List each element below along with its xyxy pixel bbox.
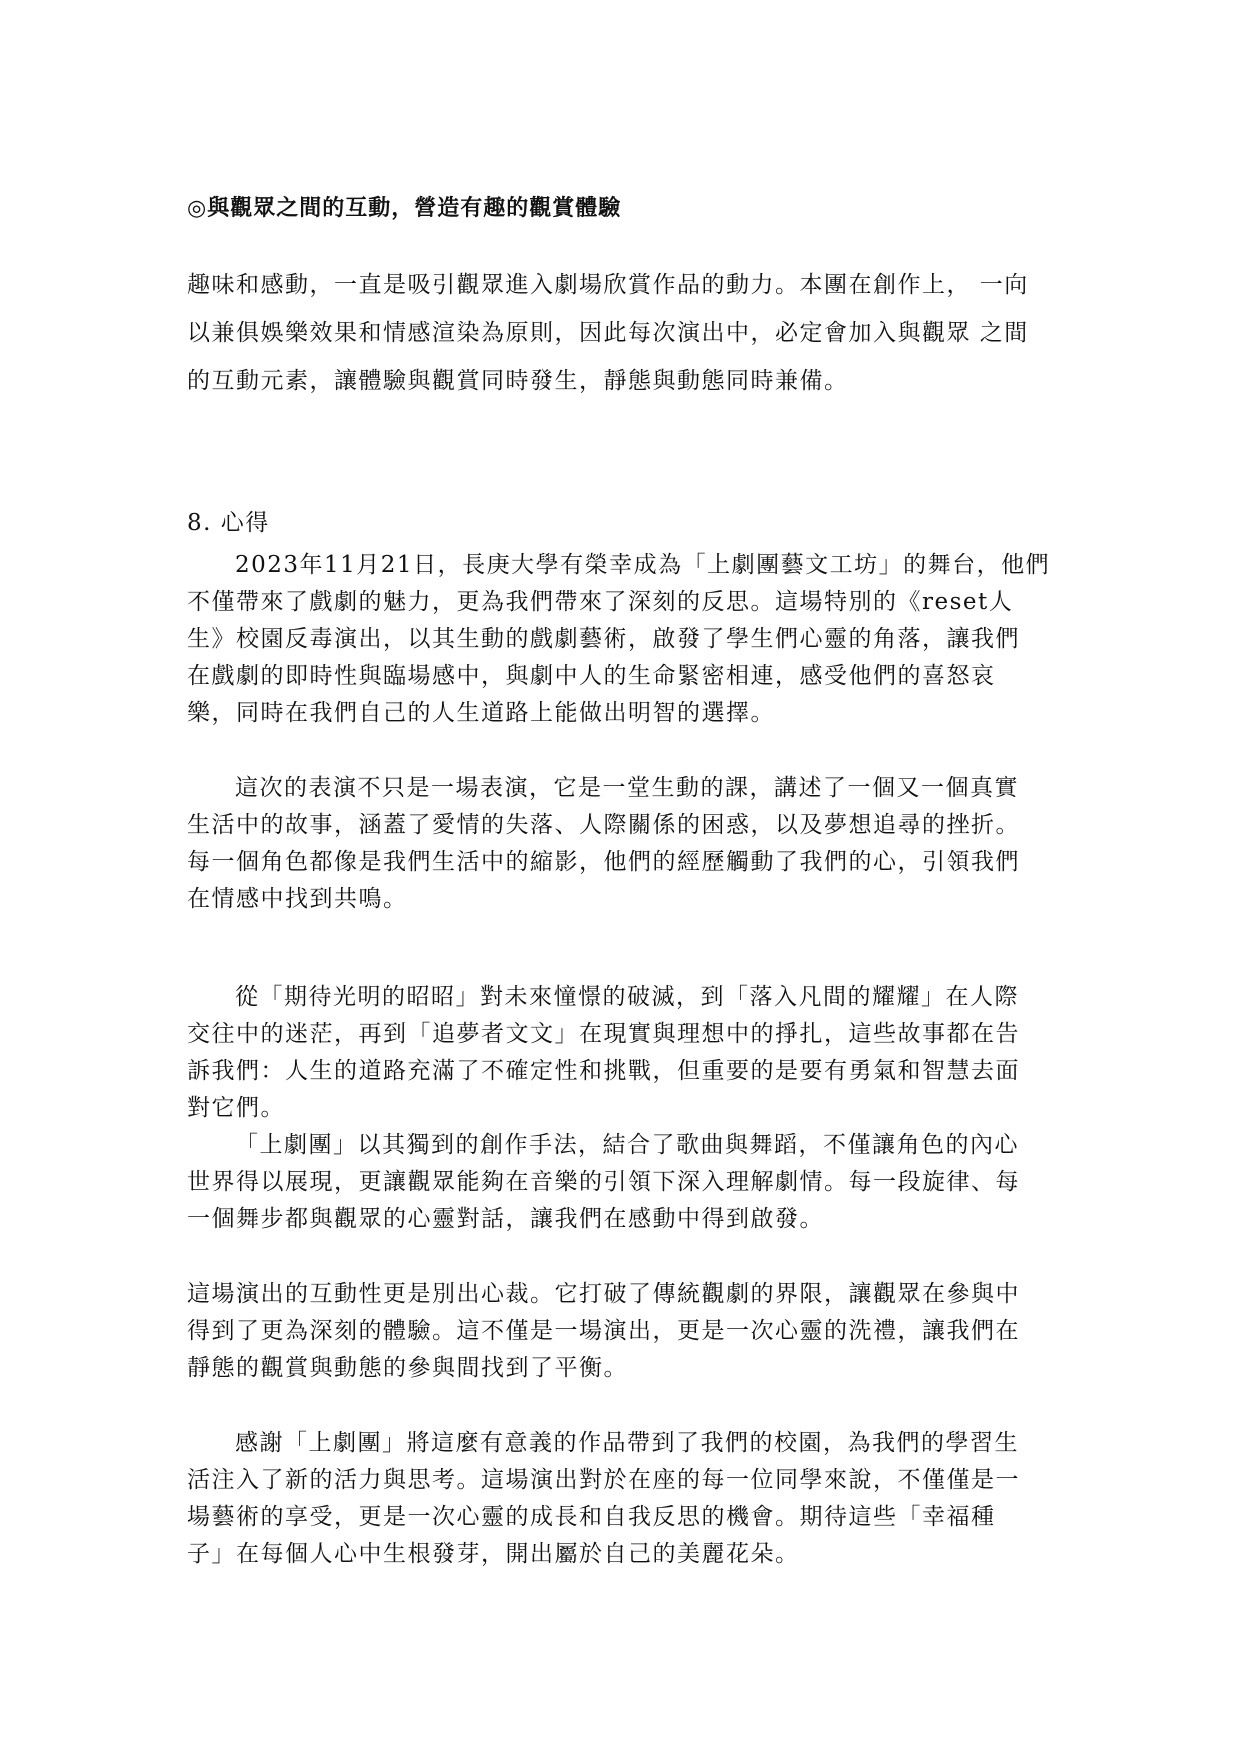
section-heading: ◎與觀眾之間的互動，營造有趣的觀賞體驗 — [187, 193, 621, 223]
paragraph-line: 感謝「上劇團」將這麼有意義的作品帶到了我們的校園，為我們的學習生 — [235, 1428, 1019, 1458]
paragraph-line: 生活中的故事，涵蓋了愛情的失落、人際關係的困惑，以及夢想追尋的挫折。 — [187, 810, 1020, 840]
paragraph-line: 在情感中找到共鳴。 — [187, 884, 408, 914]
paragraph-line: 交往中的迷茫，再到「追夢者文文」在現實與理想中的掙扎，這些故事都在告 — [187, 1019, 1020, 1049]
paragraph-line: 一個舞步都與觀眾的心靈對話，讓我們在感動中得到啟發。 — [187, 1204, 824, 1234]
paragraph-line: 這場演出的互動性更是別出心裁。它打破了傳統觀劇的界限，讓觀眾在參與中 — [187, 1279, 1020, 1309]
paragraph-line: 靜態的觀賞與動態的參與間找到了平衡。 — [187, 1353, 628, 1383]
paragraph-line: 這次的表演不只是一場表演，它是一堂生動的課，講述了一個又一個真實 — [235, 773, 1019, 803]
paragraph-line: 在戲劇的即時性與臨場感中，與劇中人的生命緊密相連，感受他們的喜怒哀 — [187, 661, 996, 691]
paragraph-line: 活注入了新的活力與思考。這場演出對於在座的每一位同學來說，不僅僅是一 — [187, 1465, 1020, 1495]
document-page: ◎與觀眾之間的互動，營造有趣的觀賞體驗 趣味和感動，一直是吸引觀眾進入劇場欣賞作… — [0, 0, 1241, 1754]
paragraph-line: 世界得以展現，更讓觀眾能夠在音樂的引領下深入理解劇情。每一段旋律、每 — [187, 1167, 1020, 1197]
paragraph-line: 每一個角色都像是我們生活中的縮影，他們的經歷觸動了我們的心，引領我們 — [187, 847, 1020, 877]
paragraph-line: 「上劇團」以其獨到的創作手法，結合了歌曲與舞蹈，不僅讓角色的內心 — [235, 1130, 1019, 1160]
paragraph-line: 訴我們：人生的道路充滿了不確定性和挑戰，但重要的是要有勇氣和智慧去面 — [187, 1056, 1020, 1086]
paragraph-line: 的互動元素，讓體驗與觀賞同時發生，靜態與動態同時兼備。 — [187, 366, 849, 396]
paragraph-line: 場藝術的享受，更是一次心靈的成長和自我反思的機會。期待這些「幸福種 — [187, 1502, 996, 1532]
paragraph-line: 以兼俱娛樂效果和情感渲染為原則，因此每次演出中，必定會加入與觀眾 之間 — [187, 318, 1029, 348]
paragraph-line: 得到了更為深刻的體驗。這不僅是一場演出，更是一次心靈的洗禮，讓我們在 — [187, 1316, 1020, 1346]
paragraph-line: 不僅帶來了戲劇的魅力，更為我們帶來了深刻的反思。這場特別的《reset人 — [187, 587, 1013, 617]
paragraph-line: 從「期待光明的昭昭」對未來憧憬的破滅，到「落入凡間的耀耀」在人際 — [235, 982, 1019, 1012]
paragraph-line: 2023年11月21日，長庚大學有榮幸成為「上劇團藝文工坊」的舞台，他們 — [235, 550, 1050, 580]
paragraph-line: 生》校園反毒演出，以其生動的戲劇藝術，啟發了學生們心靈的角落，讓我們 — [187, 624, 1020, 654]
paragraph-line: 趣味和感動，一直是吸引觀眾進入劇場欣賞作品的動力。本團在創作上， 一向 — [187, 270, 1029, 300]
paragraph-line: 對它們。 — [187, 1093, 285, 1123]
paragraph-line: 子」在每個人心中生根發芽，開出屬於自己的美麗花朵。 — [187, 1539, 800, 1569]
reflection-heading: 8. 心得 — [187, 508, 270, 538]
paragraph-line: 樂，同時在我們自己的人生道路上能做出明智的選擇。 — [187, 698, 775, 728]
